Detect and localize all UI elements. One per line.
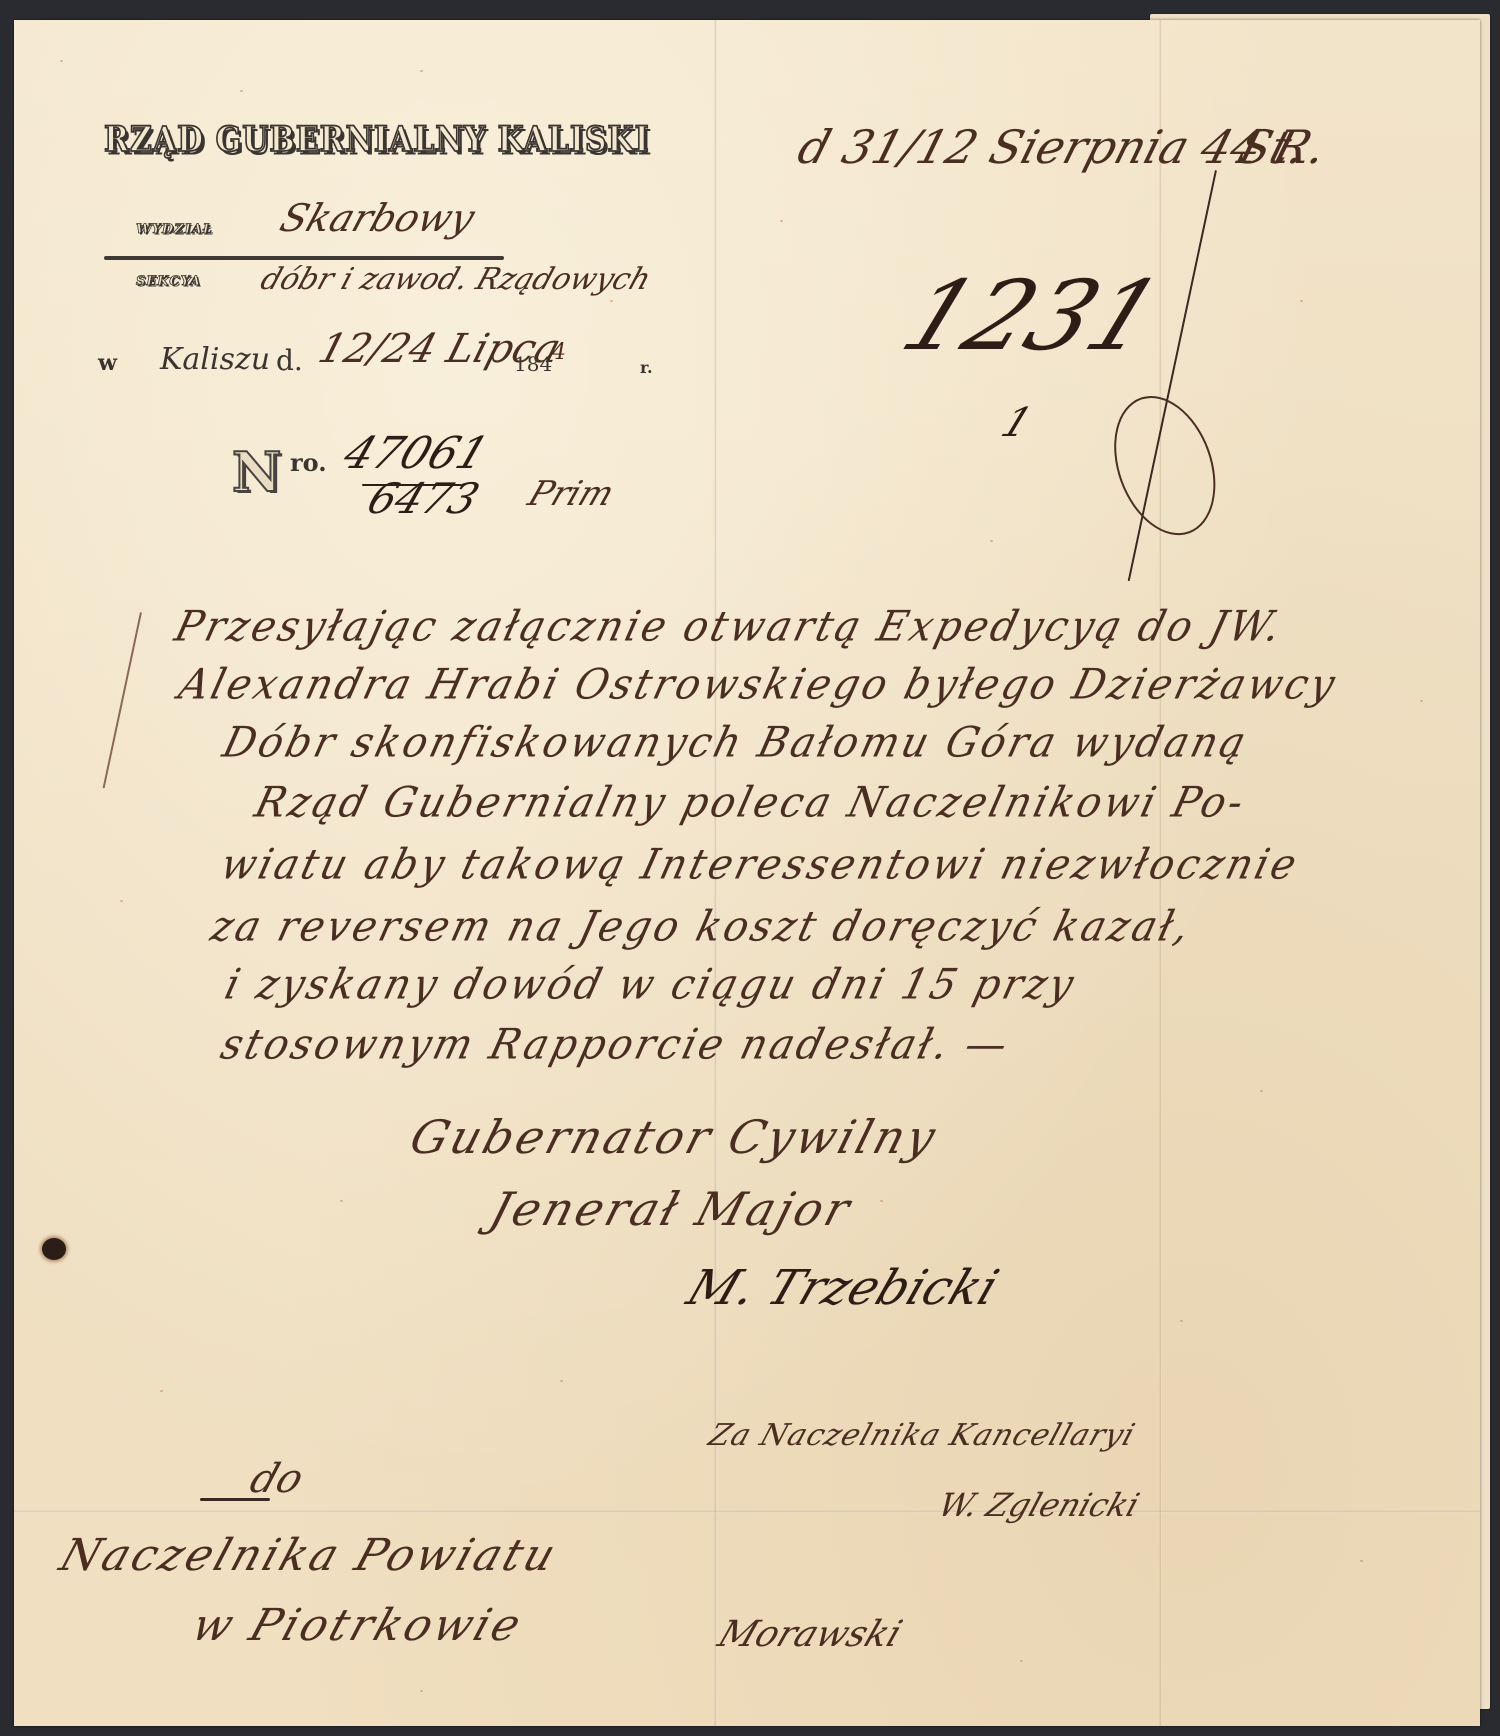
letterhead-rule	[104, 256, 504, 260]
body-line: Alexandra Hrabi Ostrowskiego byłego Dzie…	[174, 661, 1342, 709]
wydzial-label: WYDZIAŁ	[136, 222, 213, 237]
letterhead-title: RZĄD GUBERNIALNY KALISKI	[104, 120, 650, 160]
year-suffix: r.	[640, 358, 653, 377]
addressee-line1: Naczelnika Powiatu	[54, 1530, 565, 1581]
nro-value-top: 47061	[337, 428, 496, 479]
year-printed: 184	[514, 352, 552, 376]
punch-hole	[42, 1238, 66, 1260]
year-handwritten: 4	[552, 340, 566, 365]
sekcya-value: dóbr i zawod. Rządowych	[256, 262, 655, 297]
countersign-title: Za Naczelnika Kancellaryi	[704, 1418, 1139, 1453]
place-prefix: w	[98, 350, 117, 376]
wydzial-value: Skarbowy	[275, 196, 480, 240]
addressee-underline	[200, 1498, 270, 1501]
body-line: Dóbr skonfiskowanych Bałomu Góra wydaną	[218, 719, 1253, 767]
body-line: Przesyłając załącznie otwartą Expedycyą …	[170, 603, 1288, 651]
nro-ornamental-letter: N	[232, 440, 281, 504]
place-name: Kaliszu	[160, 342, 270, 377]
clerk-signature: Morawski	[713, 1614, 908, 1655]
countersign-signature: W. Zglenicki	[934, 1486, 1144, 1524]
signature-title-line2: Jenerał Major	[484, 1182, 858, 1236]
nro-value-bottom: 6473	[361, 474, 486, 523]
date-prefix: d.	[276, 344, 303, 377]
body-line: stosownym Rapporcie nadesłał. —	[216, 1021, 1015, 1069]
nro-suffix: ro.	[290, 448, 327, 477]
signature-title-line1: Gubernator Cywilny	[404, 1110, 944, 1164]
body-line: wiatu aby takową Interessentowi niezwłoc…	[216, 841, 1304, 889]
body-line: i zyskany dowód w ciągu dni 15 przy	[220, 961, 1081, 1009]
governor-signature: M. Trzebicki	[680, 1260, 1006, 1316]
body-line: Rząd Gubernialny poleca Naczelnikowi Po-	[250, 779, 1251, 827]
registry-number: 1231	[887, 260, 1177, 372]
body-line: za reversem na Jego koszt doręczyć kazał…	[206, 903, 1197, 951]
fold-crease-horizontal	[14, 1510, 1480, 1513]
addressee-line2: w Piotrkowie	[186, 1600, 530, 1651]
sekcya-label: SEKCYA	[136, 274, 201, 289]
nro-note: Prim	[523, 474, 620, 514]
